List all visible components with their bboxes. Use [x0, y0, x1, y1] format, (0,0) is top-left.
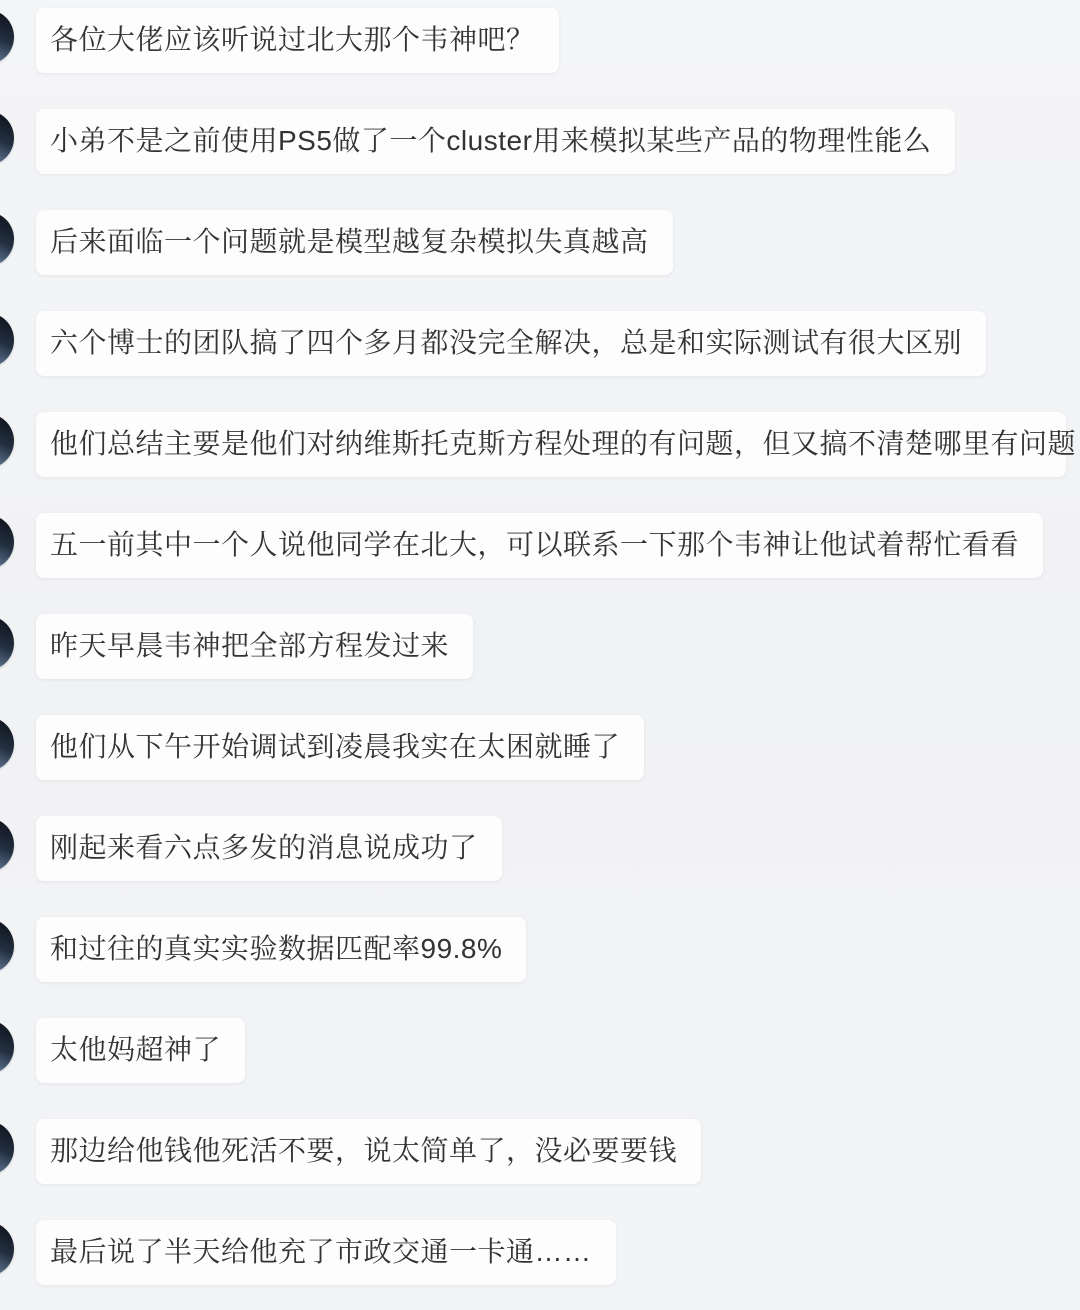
message-text: 和过往的真实实验数据匹配率99.8% — [50, 933, 502, 965]
avatar[interactable] — [0, 1121, 14, 1175]
avatar[interactable] — [0, 919, 14, 973]
message-row: 六个博士的团队搞了四个多月都没完全解决，总是和实际测试有很大区别 — [0, 311, 1080, 376]
message-bubble[interactable]: 五一前其中一个人说他同学在北大，可以联系一下那个韦神让他试着帮忙看看 — [36, 513, 1043, 578]
avatar[interactable] — [0, 515, 14, 569]
avatar[interactable] — [0, 717, 14, 771]
message-bubble[interactable]: 各位大佬应该听说过北大那个韦神吧？ — [36, 8, 559, 73]
message-row: 后来面临一个问题就是模型越复杂模拟失真越高 — [0, 210, 1080, 275]
message-text: 后来面临一个问题就是模型越复杂模拟失真越高 — [50, 226, 649, 258]
message-text: 最后说了半天给他充了市政交通一卡通…… — [50, 1236, 592, 1268]
avatar[interactable] — [0, 111, 14, 165]
message-text: 小弟不是之前使用PS5做了一个cluster用来模拟某些产品的物理性能么 — [50, 125, 931, 157]
message-row: 他们总结主要是他们对纳维斯托克斯方程处理的有问题，但又搞不清楚哪里有问题 — [0, 412, 1080, 477]
message-bubble[interactable]: 和过往的真实实验数据匹配率99.8% — [36, 917, 526, 982]
message-row: 那边给他钱他死活不要，说太简单了，没必要要钱 — [0, 1119, 1080, 1184]
message-bubble[interactable]: 昨天早晨韦神把全部方程发过来 — [36, 614, 473, 679]
avatar[interactable] — [0, 818, 14, 872]
chat-message-list: 各位大佬应该听说过北大那个韦神吧？ 小弟不是之前使用PS5做了一个cluster… — [0, 0, 1080, 1310]
message-text: 五一前其中一个人说他同学在北大，可以联系一下那个韦神让他试着帮忙看看 — [50, 529, 1019, 561]
message-bubble[interactable]: 刚起来看六点多发的消息说成功了 — [36, 816, 502, 881]
message-bubble[interactable]: 太他妈超神了 — [36, 1018, 245, 1083]
avatar[interactable] — [0, 10, 14, 64]
message-bubble[interactable]: 他们总结主要是他们对纳维斯托克斯方程处理的有问题，但又搞不清楚哪里有问题 — [36, 412, 1066, 477]
message-row: 小弟不是之前使用PS5做了一个cluster用来模拟某些产品的物理性能么 — [0, 109, 1080, 174]
message-text: 各位大佬应该听说过北大那个韦神吧？ — [50, 24, 535, 56]
message-row: 昨天早晨韦神把全部方程发过来 — [0, 614, 1080, 679]
message-bubble[interactable]: 最后说了半天给他充了市政交通一卡通…… — [36, 1220, 616, 1285]
message-bubble[interactable]: 那边给他钱他死活不要，说太简单了，没必要要钱 — [36, 1119, 701, 1184]
avatar[interactable] — [0, 1020, 14, 1074]
message-row: 五一前其中一个人说他同学在北大，可以联系一下那个韦神让他试着帮忙看看 — [0, 513, 1080, 578]
message-text: 他们总结主要是他们对纳维斯托克斯方程处理的有问题，但又搞不清楚哪里有问题 — [50, 428, 1042, 460]
message-row: 他们从下午开始调试到凌晨我实在太困就睡了 — [0, 715, 1080, 780]
message-row: 刚起来看六点多发的消息说成功了 — [0, 816, 1080, 881]
avatar[interactable] — [0, 212, 14, 266]
message-row: 最后说了半天给他充了市政交通一卡通…… — [0, 1220, 1080, 1285]
message-bubble[interactable]: 他们从下午开始调试到凌晨我实在太困就睡了 — [36, 715, 644, 780]
message-text: 太他妈超神了 — [50, 1034, 221, 1066]
avatar[interactable] — [0, 1222, 14, 1276]
message-bubble[interactable]: 后来面临一个问题就是模型越复杂模拟失真越高 — [36, 210, 673, 275]
avatar[interactable] — [0, 313, 14, 367]
message-row: 各位大佬应该听说过北大那个韦神吧？ — [0, 8, 1080, 73]
message-text: 他们从下午开始调试到凌晨我实在太困就睡了 — [50, 731, 620, 763]
message-bubble[interactable]: 小弟不是之前使用PS5做了一个cluster用来模拟某些产品的物理性能么 — [36, 109, 955, 174]
message-row: 太他妈超神了 — [0, 1018, 1080, 1083]
avatar[interactable] — [0, 414, 14, 468]
message-text: 昨天早晨韦神把全部方程发过来 — [50, 630, 449, 662]
message-text: 刚起来看六点多发的消息说成功了 — [50, 832, 478, 864]
message-bubble[interactable]: 六个博士的团队搞了四个多月都没完全解决，总是和实际测试有很大区别 — [36, 311, 986, 376]
message-text: 六个博士的团队搞了四个多月都没完全解决，总是和实际测试有很大区别 — [50, 327, 962, 359]
message-row: 和过往的真实实验数据匹配率99.8% — [0, 917, 1080, 982]
message-text: 那边给他钱他死活不要，说太简单了，没必要要钱 — [50, 1135, 677, 1167]
avatar[interactable] — [0, 616, 14, 670]
